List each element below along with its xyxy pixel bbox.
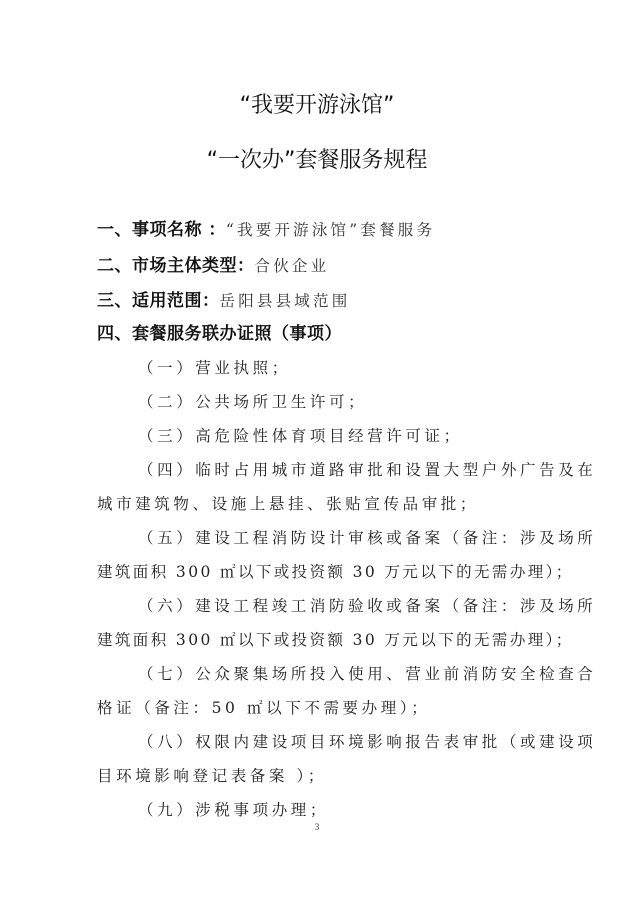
- section-value: 合伙企业: [255, 257, 330, 275]
- list-item-4-line1: （四）临时占用城市道路审批和设置大型户外广告及在: [138, 460, 583, 480]
- section-heading: 三、适用范围：: [97, 291, 220, 311]
- section-market-entity-type: 二、市场主体类型：合伙企业: [97, 256, 542, 276]
- section-item-name: 一、事项名称 ：“我要开游泳馆”套餐服务: [97, 220, 542, 240]
- list-item-7-line2: 格证（备注：50 ㎡以下不需要办理）；: [97, 698, 542, 718]
- section-licenses: 四、套餐服务联办证照（事项）: [97, 324, 542, 344]
- list-item-7-line1: （七）公众聚集场所投入使用、营业前消防安全检查合: [138, 664, 583, 684]
- list-item-1: （一）营业执照；: [138, 358, 583, 378]
- list-item-3: （三）高危险性体育项目经营许可证；: [138, 426, 583, 446]
- document-title-line1: “我要开游泳馆”: [0, 88, 634, 119]
- list-item-6-line2: 建筑面积 300 ㎡以下或投资额 30 万元以下的无需办理）；: [97, 630, 542, 650]
- list-item-2: （二）公共场所卫生许可；: [138, 392, 583, 412]
- section-value: “我要开游泳馆”套餐服务: [226, 221, 435, 239]
- section-value: 岳阳县县域范围: [220, 292, 351, 310]
- list-item-4-line2: 城市建筑物、设施上悬挂、张贴宣传品审批；: [97, 494, 542, 514]
- document-title-line2: “一次办”套餐服务规程: [0, 143, 634, 174]
- section-heading: 四、套餐服务联办证照（事项）: [97, 324, 342, 344]
- list-item-9: （九）涉税事项办理；: [138, 800, 583, 820]
- section-scope: 三、适用范围：岳阳县县域范围: [97, 291, 542, 311]
- page-number: 3: [0, 822, 634, 832]
- list-item-8-line2: 目环境影响登记表备案 ）；: [97, 766, 542, 786]
- list-item-5-line2: 建筑面积 300 ㎡以下或投资额 30 万元以下的无需办理）；: [97, 562, 542, 582]
- list-item-8-line1: （八）权限内建设项目环境影响报告表审批（或建设项: [138, 732, 583, 752]
- document-page: “我要开游泳馆” “一次办”套餐服务规程 一、事项名称 ：“我要开游泳馆”套餐服…: [0, 0, 634, 898]
- list-item-6-line1: （六）建设工程竣工消防验收或备案（备注：涉及场所: [138, 596, 583, 616]
- list-item-5-line1: （五）建设工程消防设计审核或备案（备注：涉及场所: [138, 528, 583, 548]
- section-heading: 一、事项名称 ：: [97, 220, 226, 240]
- section-heading: 二、市场主体类型：: [97, 256, 255, 276]
